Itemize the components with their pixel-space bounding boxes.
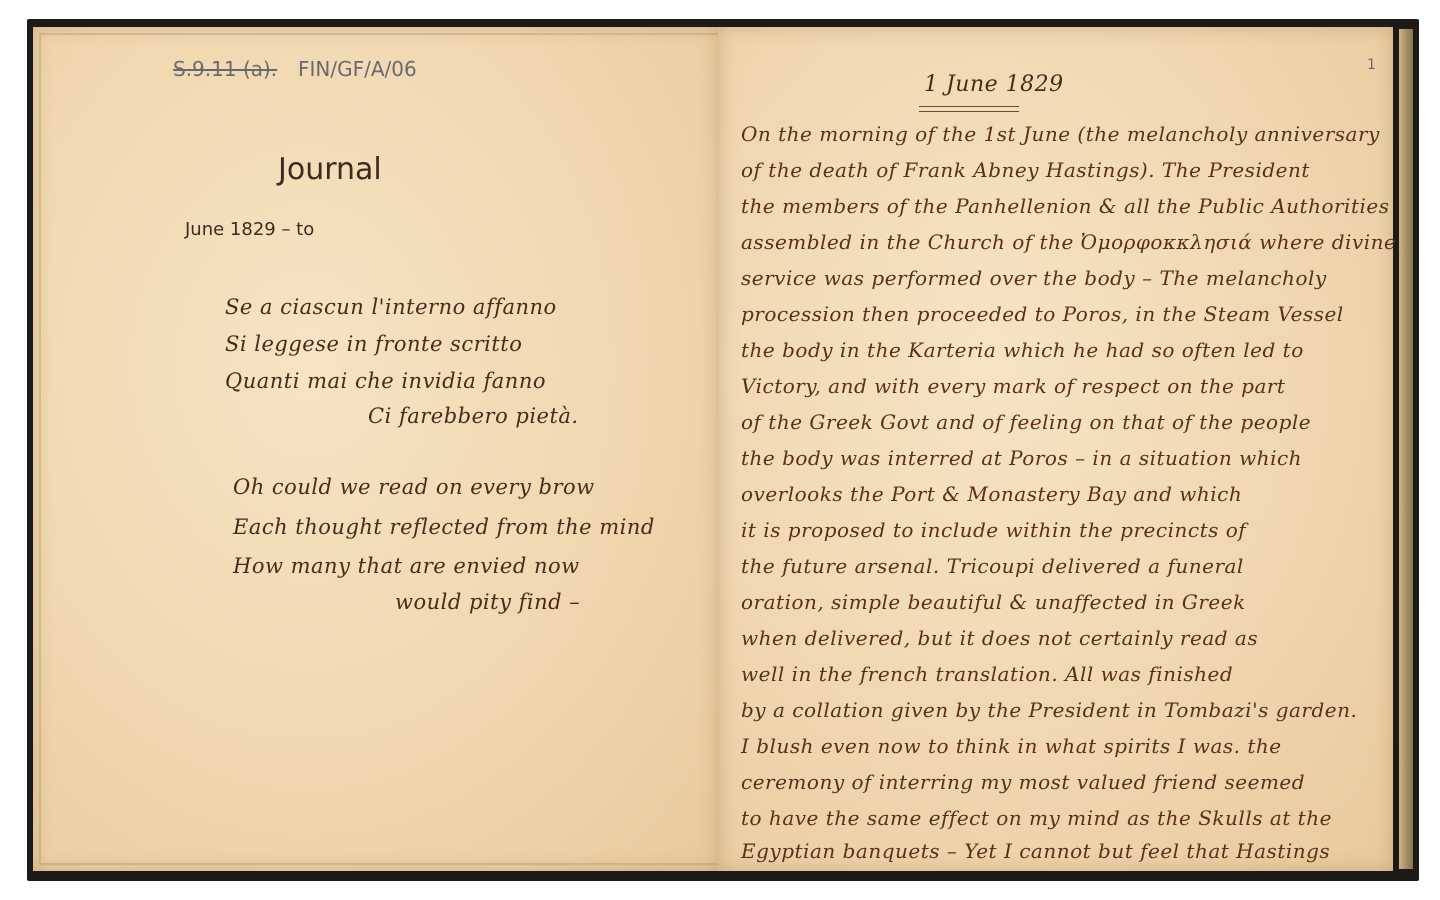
entry-line: well in the french translation. All was … (741, 662, 1233, 686)
entry-line: the body in the Karteria which he had so… (741, 338, 1304, 362)
verse-line: How many that are envied now (233, 554, 580, 578)
entry-date: 1 June 1829 (924, 72, 1064, 97)
entry-line: the future arsenal. Tricoupi delivered a… (741, 554, 1244, 578)
page-block-edge (1399, 29, 1413, 869)
entry-line: Victory, and with every mark of respect … (741, 374, 1285, 398)
verse-line: Oh could we read on every brow (233, 475, 595, 499)
verse-line: Quanti mai che invidia fanno (225, 369, 546, 393)
entry-line: the members of the Panhellenion & all th… (741, 194, 1390, 218)
entry-line: On the morning of the 1st June (the mela… (741, 122, 1380, 146)
page-number: 1 (1367, 57, 1376, 73)
entry-line: by a collation given by the President in… (741, 698, 1357, 722)
verse-line: Ci farebbero pietà. (368, 404, 579, 428)
verse-line: Si leggese in fronte scritto (225, 332, 522, 356)
left-page: S.9.11 (a). FIN/GF/A/06 Journal June 182… (33, 27, 719, 871)
entry-line: of the death of Frank Abney Hastings). T… (741, 158, 1310, 182)
verse-line: Se a ciascun l'interno affanno (225, 295, 557, 319)
entry-line: overlooks the Port & Monastery Bay and w… (741, 482, 1242, 506)
entry-line: to have the same effect on my mind as th… (741, 806, 1332, 830)
entry-line: ceremony of interring my most valued fri… (741, 770, 1305, 794)
catalog-old-number: S.9.11 (a). (173, 57, 277, 81)
verse-line: would pity find – (395, 590, 580, 614)
entry-line: assembled in the Church of the Ὀμορφοκκλ… (741, 230, 1396, 254)
entry-line: the body was interred at Poros – in a si… (741, 446, 1302, 470)
entry-line: it is proposed to include within the pre… (741, 518, 1246, 542)
entry-line: I blush even now to think in what spirit… (741, 734, 1282, 758)
journal-title: Journal (278, 152, 382, 187)
entry-line: when delivered, but it does not certainl… (741, 626, 1258, 650)
catalog-reference: FIN/GF/A/06 (298, 57, 417, 81)
journal-date-range: June 1829 – to (185, 219, 314, 240)
entry-line: Egyptian banquets – Yet I cannot but fee… (741, 839, 1330, 863)
right-page: 1 1 June 1829 On the morning of the 1st … (719, 27, 1393, 871)
open-journal-book: S.9.11 (a). FIN/GF/A/06 Journal June 182… (27, 19, 1419, 881)
date-underline (919, 106, 1019, 112)
entry-line: procession then proceeded to Poros, in t… (741, 302, 1344, 326)
entry-line: service was performed over the body – Th… (741, 266, 1327, 290)
entry-line: oration, simple beautiful & unaffected i… (741, 590, 1246, 614)
verse-line: Each thought reflected from the mind (233, 515, 655, 539)
entry-line: of the Greek Govt and of feeling on that… (741, 410, 1311, 434)
